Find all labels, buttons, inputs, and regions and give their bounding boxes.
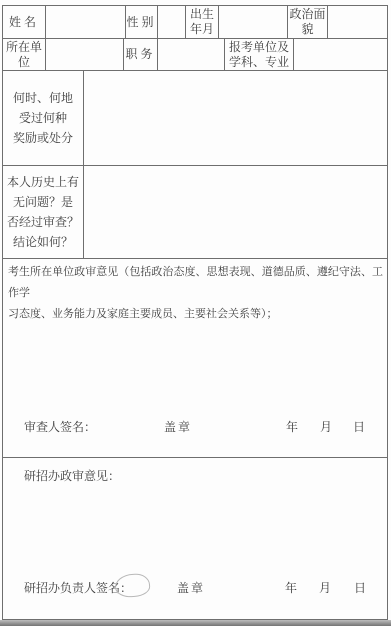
- awards-punishments-row: 何时、何地 受过何种 奖励或处分: [3, 71, 387, 166]
- unit-day-label: 日: [353, 418, 365, 435]
- unit-review-section: 考生所在单位政审意见（包括政治态度、思想表现、道德品质、遵纪守法、工作学 习态度…: [3, 259, 387, 458]
- awards-punishments-label: 何时、何地 受过何种 奖励或处分: [3, 71, 84, 165]
- basic-info-row-1: 姓名 性别 出生年月 政治面貌: [3, 6, 387, 39]
- political-review-form: 姓名 性别 出生年月 政治面貌 所在单位 职务 报考单位及学科、专业 何时、何地…: [2, 5, 388, 620]
- political-status-input[interactable]: [328, 6, 387, 38]
- unit-review-title: 考生所在单位政审意见（包括政治态度、思想表现、道德品质、遵纪守法、工作学 习态度…: [8, 262, 383, 325]
- office-review-section: 研招办政审意见： 研招办负责人签名： 盖章 年 月 日: [3, 458, 387, 619]
- office-review-title: 研招办政审意见：: [24, 466, 383, 487]
- position-label: 职务: [124, 39, 158, 70]
- unit-month-label: 月: [320, 418, 332, 435]
- awards-punishments-input[interactable]: [84, 71, 387, 165]
- position-input[interactable]: [158, 39, 225, 70]
- unit-year-label: 年: [286, 418, 298, 435]
- personal-history-row: 本人历史上有 无问题？是 否经过审查？ 结论如何？: [3, 166, 387, 259]
- work-unit-label: 所在单位: [3, 39, 46, 70]
- birth-date-input[interactable]: [219, 6, 288, 38]
- name-label: 姓名: [3, 6, 46, 38]
- gender-input[interactable]: [158, 6, 186, 38]
- handwritten-oval-mark: [114, 573, 151, 598]
- birth-date-label: 出生年月: [186, 6, 219, 38]
- gender-label: 性别: [126, 6, 158, 38]
- work-unit-input[interactable]: [46, 39, 124, 70]
- political-status-label: 政治面貌: [288, 6, 328, 38]
- apply-unit-label: 报考单位及学科、专业: [225, 39, 294, 70]
- reviewer-signature-label: 审查人签名：: [24, 418, 96, 435]
- page-bottom-shadow: [0, 620, 391, 626]
- office-seal-label: 盖章: [177, 579, 205, 596]
- basic-info-row-2: 所在单位 职务 报考单位及学科、专业: [3, 39, 387, 71]
- office-year-label: 年: [285, 579, 297, 596]
- personal-history-label: 本人历史上有 无问题？是 否经过审查？ 结论如何？: [3, 166, 84, 258]
- name-input[interactable]: [46, 6, 126, 38]
- office-day-label: 日: [354, 579, 366, 596]
- personal-history-input[interactable]: [84, 166, 387, 258]
- apply-unit-input[interactable]: [294, 39, 387, 70]
- unit-seal-label: 盖章: [164, 418, 192, 435]
- office-month-label: 月: [319, 579, 331, 596]
